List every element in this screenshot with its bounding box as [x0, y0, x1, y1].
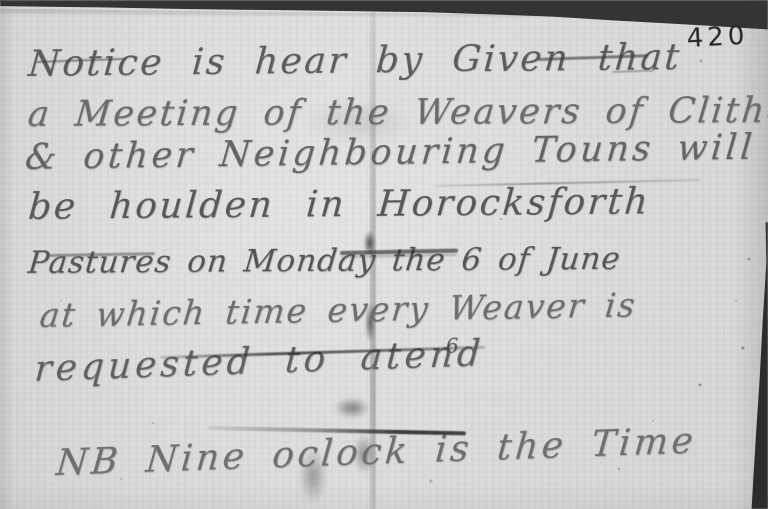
- manuscript-line-6: at which time every Weaver is: [38, 286, 639, 335]
- crease-smudge: [328, 394, 376, 422]
- manuscript-line-5: Pastures on Monday the 6 of June: [26, 241, 622, 281]
- scan-edge-right: [748, 222, 768, 509]
- scanned-manuscript-page: 420 Notice is hear by Given that a Meeti…: [0, 0, 768, 509]
- scan-speckles: [0, 0, 2, 2]
- manuscript-line-3: & other Neighbouring Touns will: [23, 128, 757, 178]
- page-number: 420: [686, 21, 749, 54]
- manuscript-line-4: be houlden in Horocksforth: [27, 182, 652, 228]
- manuscript-note-line: NB Nine oclock is the Time: [54, 421, 698, 485]
- insert-mark: 6: [445, 333, 459, 358]
- manuscript-line-7: requested to atend: [33, 333, 485, 390]
- manuscript-line-1: Notice is hear by Given that: [27, 37, 683, 85]
